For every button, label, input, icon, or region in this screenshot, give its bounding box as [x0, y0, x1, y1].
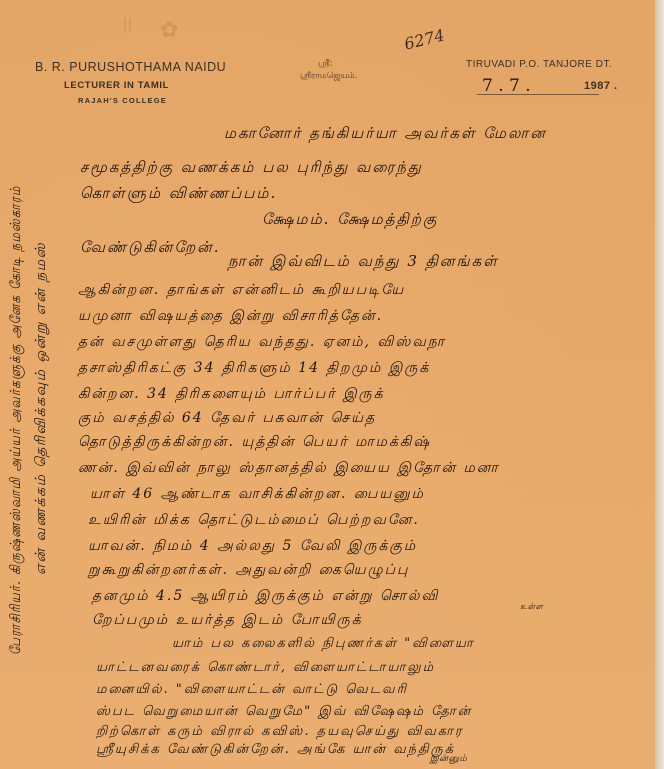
letter-paper: [0, 0, 655, 769]
letter-line: யாம் பல கலைகளில் நிபுணர்கள் "விளையா: [172, 636, 475, 652]
scan-background-edge: [655, 0, 664, 769]
insertion-mark: இன்னும்: [430, 754, 467, 765]
show-through-mark: ✿: [160, 18, 178, 43]
letter-line: ணன். இவ்வின் நாலு ஸ்தானத்தில் இயைய இதோன்…: [78, 460, 500, 478]
letter-line: க்ஷேமம். க்ஷேமத்திற்கு: [262, 210, 438, 230]
letter-line: தசாஸ்திரிகட்கு 34 திரிகளும் 14 திறமும் இ…: [78, 360, 430, 378]
letter-line: ஸ்ரீயுசிக்க வேண்டுகின்றேன். அங்கே யான் வ…: [96, 742, 455, 758]
letter-line: மகானோர் தங்கியர்யா அவர்கள் மேலான: [224, 124, 547, 144]
letter-line: யாட்டனவரைக் கொண்டார், விளையாட்டாயாலும்: [96, 660, 435, 676]
letter-line: தொடுத்திருக்கின்றன். யுத்தின் பெயர் மாமக…: [78, 434, 431, 452]
margin-note: பேராசிரியர். கிருஷ்ணஸ்வாமி அய்யர் அவர்கள…: [8, 185, 26, 655]
letter-line: சமூகத்திற்கு வணக்கம் பல புரிந்து வரைந்து: [80, 158, 423, 178]
letter-line: கொள்ளும் விண்ணப்பம்.: [80, 184, 277, 204]
letter-line: தன் வசமுள்ளது தெரிய வந்தது. ஏனம், விஸ்வந…: [78, 334, 446, 352]
letterhead-invocation-sub: ஸ்ரீராமஜெயம்.: [300, 71, 357, 82]
letter-line: உயிரின் மிக்க தொட்டுடம்மைப் பெற்றவனே.: [88, 512, 420, 530]
letter-line: றிற்கொள் கரும் விரால் கவிஸ். தயவுசெய்து …: [96, 724, 464, 740]
letterhead-invocation: ஸ்ரீ:: [318, 59, 333, 70]
insertion-mark: உள்ள: [520, 602, 543, 612]
margin-note: என் வணக்கம் தெரிவிக்கவும் ஒன்று என் நமஸ்: [33, 242, 51, 575]
letter-line: வேண்டுகின்றேன்.: [80, 238, 221, 258]
show-through-mark: ॥: [120, 8, 133, 38]
letter-line: கும் வசத்தில் 64 தேவர் பகவான் செய்த: [78, 410, 376, 428]
date-underline: [477, 94, 599, 95]
letter-line: றேப்பமும் உயர்த்த இடம் போயிருக்: [92, 612, 363, 630]
letter-line: றுகூறுகின்றனர்கள். அதுவன்றி கையெழுப்பு: [88, 562, 409, 580]
letterhead-title: LECTURER IN TAMIL: [64, 80, 169, 91]
date-year: 1987 .: [584, 80, 618, 92]
letter-line: யமுனா விஷயத்தை இன்று விசாரித்தேன்.: [78, 308, 383, 326]
letter-line: கின்றன. 34 திரிகளையும் பார்ப்பர் இருக்: [78, 386, 385, 404]
letter-line: ஸ்பட வெறுமையான் வெறுமே" இவ் விஷேஷம் தோன்: [96, 704, 472, 720]
letter-line: யாள் 46 ஆண்டாக வாசிக்கின்றன. பையனும்: [90, 486, 425, 504]
letter-line: தனமும் 4.5 ஆயிரம் இருக்கும் என்று சொல்வி: [92, 588, 439, 606]
letter-line: நான் இவ்விடம் வந்து 3 தினங்கள்: [228, 252, 499, 272]
letter-line: ஆகின்றன. தாங்கள் என்னிடம் கூறியபடியே: [78, 282, 405, 300]
letterhead-address: TIRUVADI P.O. TANJORE DT.: [466, 59, 612, 70]
letterhead-institution: RAJAH'S COLLEGE: [78, 96, 167, 105]
date-handwritten: 7 . 7 .: [482, 76, 531, 96]
letterhead-name: B. R. PURUSHOTHAMA NAIDU: [35, 60, 226, 74]
letter-line: மனையில். "விளையாட்டன் வாட்டு வெடவரி: [96, 682, 408, 698]
letter-line: யாவன். நிமம் 4 அல்லது 5 வேலி இருக்கும்: [88, 538, 417, 556]
